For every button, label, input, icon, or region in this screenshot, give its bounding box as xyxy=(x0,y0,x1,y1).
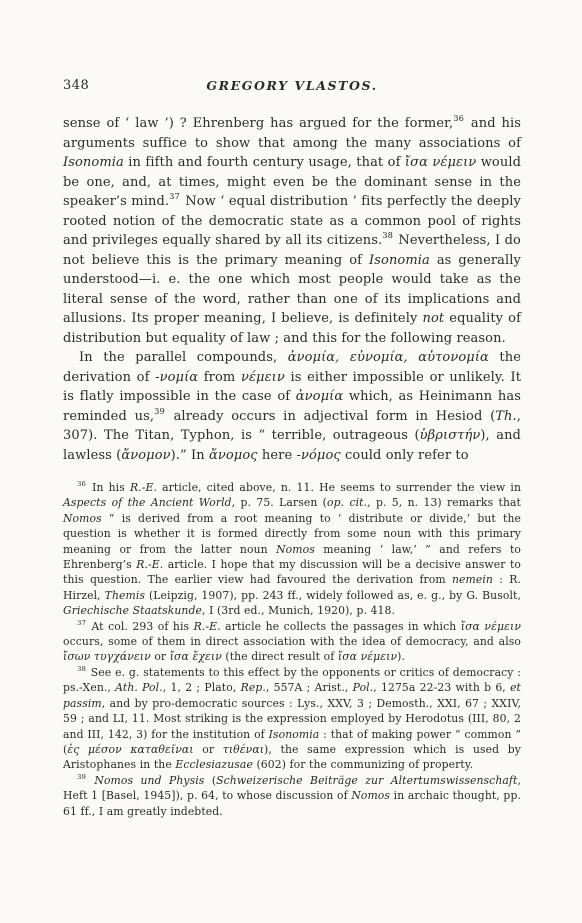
page-header: 348 GREGORY VLASTOS. xyxy=(63,78,521,93)
footnote: 36 In his R.-E. article, cited above, n.… xyxy=(63,480,521,619)
paragraph: In the parallel compounds, ἀνομία, εὐνομ… xyxy=(63,348,521,465)
running-head: GREGORY VLASTOS. xyxy=(63,78,521,93)
footnote: 39 Nomos und Physis (Schweizerische Beit… xyxy=(63,773,521,819)
paragraph: sense of ‘ law ’) ? Ehrenberg has argued… xyxy=(63,114,521,348)
footnotes: 36 In his R.-E. article, cited above, n.… xyxy=(63,480,521,819)
article-body: sense of ‘ law ’) ? Ehrenberg has argued… xyxy=(63,114,521,465)
page: 348 GREGORY VLASTOS. sense of ‘ law ’) ?… xyxy=(0,0,582,923)
footnote: 37 At col. 293 of his R.-E. article he c… xyxy=(63,619,521,665)
footnote: 38 See e. g. statements to this effect b… xyxy=(63,665,521,773)
